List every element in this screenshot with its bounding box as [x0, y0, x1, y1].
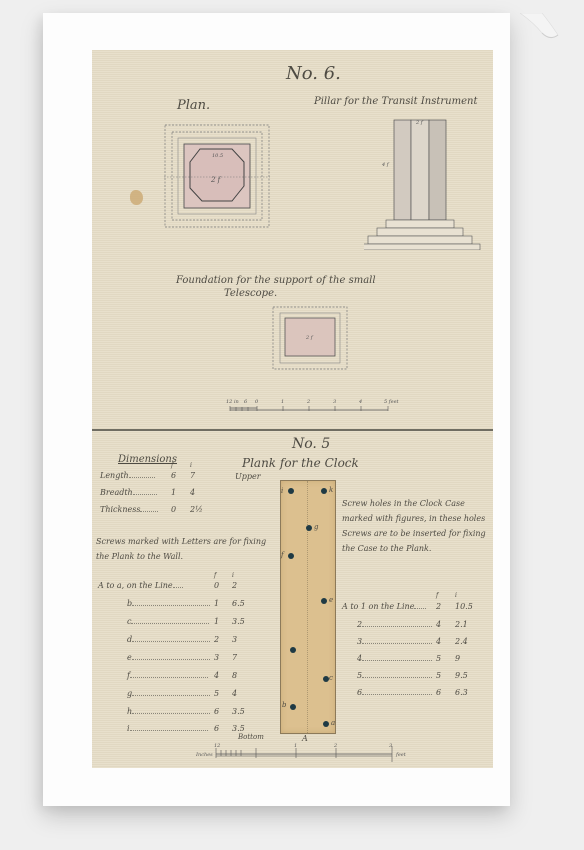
figure-feet: 5: [436, 671, 441, 680]
clock-plank: i k g f e c b a: [280, 480, 336, 734]
pillar-elevation-drawing: 2 f 4 f: [364, 118, 488, 250]
screw-label: b: [282, 701, 286, 709]
unit-feet: f: [171, 462, 173, 469]
figure-row: 2: [357, 620, 432, 629]
figure-inches: 9.5: [455, 671, 468, 680]
letter-feet: 2: [214, 635, 219, 644]
sheet-number-6: No. 6.: [286, 63, 341, 84]
letter-row: e: [127, 653, 210, 662]
screw-label: f: [281, 551, 284, 559]
svg-text:2 f: 2 f: [415, 120, 424, 126]
letter-feet: 3: [214, 653, 219, 662]
letter-inches: 4: [232, 689, 237, 698]
screw-label: g: [314, 523, 318, 531]
figure-inches: 2.4: [455, 637, 468, 646]
dimension-row: Length: [100, 471, 155, 480]
dimension-feet: 1: [171, 488, 176, 497]
sheet-number-5: No. 5: [292, 436, 330, 452]
pillar-plan-drawing: 10.5 2 f: [164, 124, 276, 230]
svg-text:6: 6: [244, 399, 248, 405]
screws-note: Screws marked with Letters are for fixin…: [96, 534, 271, 564]
letter-feet: 1: [214, 599, 219, 608]
svg-text:2 f: 2 f: [210, 176, 222, 184]
figure-feet: 4: [436, 637, 441, 646]
screw-a: [323, 721, 329, 727]
letter-row: b: [127, 599, 210, 608]
screw-label: i: [281, 487, 283, 495]
svg-text:12: 12: [214, 743, 220, 749]
upper-label: Upper: [235, 472, 261, 481]
unit-feet: f: [436, 592, 438, 599]
sheet-divider: [92, 429, 493, 431]
letter-row: A to a, on the Line: [98, 581, 183, 590]
figure-row: A to 1 on the Line: [342, 602, 426, 611]
screw-b: [290, 704, 296, 710]
unit-inches: i: [455, 592, 457, 599]
svg-text:12 in: 12 in: [226, 399, 239, 405]
page-curl-icon: [520, 13, 560, 53]
letter-inches: 6.5: [232, 599, 245, 608]
letter-feet: 5: [214, 689, 219, 698]
svg-text:2 f: 2 f: [305, 335, 314, 341]
dimension-feet: 0: [171, 505, 176, 514]
screw-label: c: [329, 674, 333, 682]
plank-title: Plank for the Clock: [242, 456, 359, 470]
bottom-scale-bar: Inches 12 1 2 3 feet: [196, 742, 426, 764]
svg-text:Inches: Inches: [196, 752, 213, 758]
screw-d: [290, 647, 296, 653]
letter-row: h: [127, 707, 210, 716]
letter-feet: 4: [214, 671, 219, 680]
figure-row: 5: [357, 671, 432, 680]
letter-inches: 2: [232, 581, 237, 590]
svg-text:4 f: 4 f: [381, 162, 390, 168]
letter-row: i: [127, 724, 208, 733]
letter-feet: 0: [214, 581, 219, 590]
screw-i: [288, 488, 294, 494]
svg-text:3: 3: [389, 743, 392, 749]
figure-inches: 9: [455, 654, 460, 663]
dimension-row: Thickness: [100, 505, 158, 514]
figure-feet: 2: [436, 602, 441, 611]
figure-row: 6: [357, 688, 432, 697]
figure-inches: 6.3: [455, 688, 468, 697]
plan-title: Plan.: [177, 98, 210, 113]
dimension-inches: 4: [190, 488, 195, 497]
letter-row: g: [127, 689, 210, 698]
letter-inches: 8: [232, 671, 237, 680]
figure-feet: 4: [436, 620, 441, 629]
dimensions-heading: Dimensions: [118, 454, 177, 465]
svg-text:2: 2: [306, 399, 310, 405]
svg-text:4: 4: [358, 399, 362, 405]
letter-row: f: [127, 671, 208, 680]
figure-inches: 2.1: [455, 620, 468, 629]
letter-row: c: [127, 617, 209, 626]
screw-g: [306, 525, 312, 531]
svg-text:0: 0: [255, 399, 259, 405]
dimension-inches: 2½: [190, 505, 203, 514]
top-scale-bar: 12 in 6 0 1 2 3 4 5 feet: [220, 394, 410, 416]
figure-feet: 5: [436, 654, 441, 663]
figure-inches: 10.5: [455, 602, 473, 611]
screw-k: [321, 488, 327, 494]
letter-feet: 6: [214, 724, 219, 733]
holes-note: Screw holes in the Clock Case marked wit…: [342, 496, 492, 556]
screw-f: [288, 553, 294, 559]
paper-stain: [130, 190, 143, 205]
screw-label: a: [331, 719, 335, 727]
letter-feet: 6: [214, 707, 219, 716]
svg-text:feet: feet: [395, 752, 407, 758]
unit-inches: i: [190, 462, 192, 469]
foundation-title-line1: Foundation for the support of the small: [176, 275, 376, 286]
screw-label: k: [329, 486, 333, 494]
screw-e: [321, 598, 327, 604]
dimension-row: Breadth: [100, 488, 157, 497]
letter-inches: 3.5: [232, 617, 245, 626]
svg-text:10.5: 10.5: [212, 153, 223, 159]
svg-text:1: 1: [281, 399, 284, 405]
screw-label: e: [329, 596, 333, 604]
bottom-label: Bottom: [238, 733, 264, 741]
svg-text:2: 2: [333, 743, 337, 749]
pillar-title: Pillar for the Transit Instrument: [314, 96, 477, 107]
archival-print: No. 6. Plan. Pillar for the Transit Inst…: [92, 50, 493, 768]
foundation-drawing: 2 f: [272, 306, 348, 370]
svg-text:1: 1: [294, 743, 297, 749]
letter-inches: 3.5: [232, 707, 245, 716]
figure-feet: 6: [436, 688, 441, 697]
figure-row: 3: [357, 637, 432, 646]
letter-inches: 3: [232, 635, 237, 644]
letter-feet: 1: [214, 617, 219, 626]
svg-text:5 feet: 5 feet: [384, 399, 400, 405]
dimension-feet: 6: [171, 471, 176, 480]
letter-inches: 7: [232, 653, 237, 662]
unit-inches: i: [232, 572, 234, 579]
letter-row: d: [127, 635, 210, 644]
unit-feet: f: [214, 572, 216, 579]
figure-row: 4: [357, 654, 432, 663]
letter-inches: 3.5: [232, 724, 245, 733]
foundation-title-line2: Telescope.: [224, 288, 277, 299]
dimension-inches: 7: [190, 471, 195, 480]
svg-text:3: 3: [333, 399, 336, 405]
